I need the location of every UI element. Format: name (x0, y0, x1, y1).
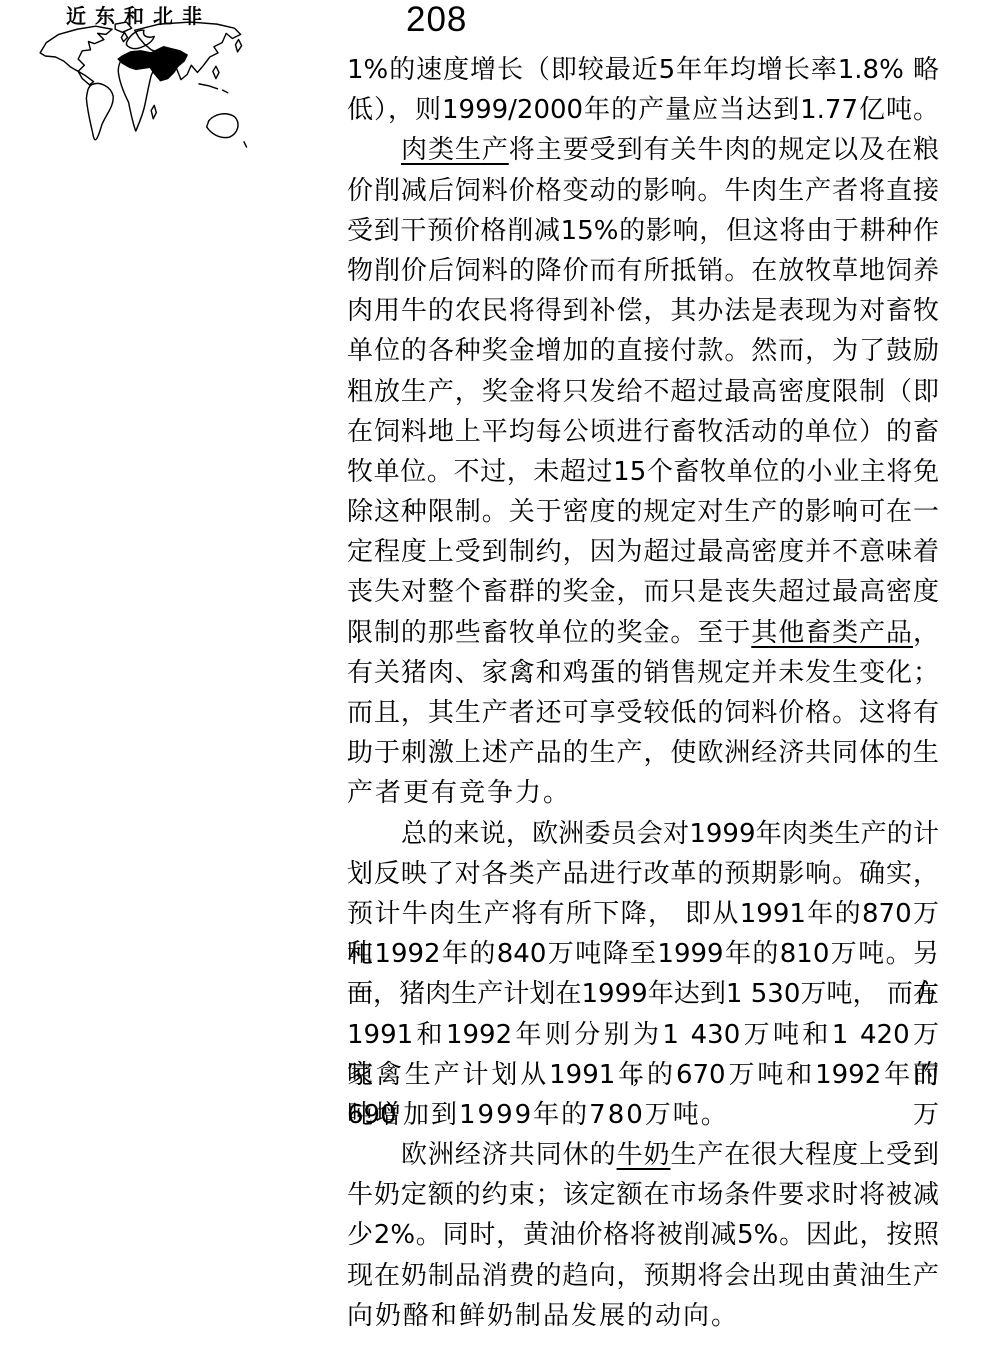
text-segment: 丧失对整个畜群的奖金，而只是丧失超过最高密度 (347, 577, 939, 607)
text-line: 划反映了对各类产品进行改革的预期影响。确实， (347, 854, 939, 894)
text-segment: 粗放生产，奖金将只发给不超过最高密度限制（即 (347, 377, 939, 407)
text-segment: 吨增加到1999年的780万吨。 (347, 1100, 729, 1130)
text-line: 1%的速度增长（即较最近5年年均增长率1.8% 略 (347, 50, 939, 90)
text-segment: 生产在很大程度上受到 (670, 1140, 939, 1170)
text-segment: 单位的各种奖金增加的直接付款。然而，为了鼓励 (347, 336, 939, 366)
text-line: 有关猪肉、家禽和鸡蛋的销售规定并未发生变化； (347, 653, 939, 693)
text-segment: 受到干预价格削减15%的影响，但这将由于耕种作 (347, 216, 939, 246)
text-line: 向奶酪和鲜奶制品发展的动向。 (347, 1296, 939, 1336)
text-segment: 面，猪肉生产计划在1999年达到1 530万吨， 而在 (347, 979, 939, 1009)
text-line: 定程度上受到制约，因为超过最高密度并不意味着 (347, 532, 939, 572)
text-segment: 而且，其生产者还可享受较低的饲料价格。这将有 (347, 698, 939, 728)
text-line: 受到干预价格削减15%的影响，但这将由于耕种作 (347, 211, 939, 251)
text-segment: 定程度上受到制约，因为超过最高密度并不意味着 (347, 537, 939, 567)
text-segment: 少2%。同时，黄油价格将被削减5%。因此，按照 (347, 1220, 939, 1250)
text-line: 助于刺激上述产品的生产，使欧洲经济共同体的生 (347, 733, 939, 773)
text-segment: 有关猪肉、家禽和鸡蛋的销售规定并未发生变化； (347, 658, 939, 688)
text-line: 在饲料地上平均每公顷进行畜牧活动的单位）的畜 (347, 412, 939, 452)
text-segment: 价削减后饲料价格变动的影响。牛肉生产者将直接 (347, 176, 939, 206)
text-line: 面，猪肉生产计划在1999年达到1 530万吨， 而在 (347, 974, 939, 1014)
text-line: 1991和1992年则分别为1 430万吨和1 420万吨；而 (347, 1015, 939, 1055)
text-line: 牧单位。不过，未超过15个畜牧单位的小业主将免 (347, 452, 939, 492)
text-line: 总的来说，欧洲委员会对1999年肉类生产的计 (347, 814, 939, 854)
text-line: 限制的那些畜牧单位的奖金。至于其他畜类产品， (347, 613, 939, 653)
text-line: 牛奶定额的约束；该定额在市场条件要求时将被减 (347, 1175, 939, 1215)
text-line: 欧洲经济共同休的牛奶生产在很大程度上受到 (347, 1135, 939, 1175)
text-segment: 产者更有竞争力。 (347, 778, 571, 808)
underlined-term: 肉类生产 (401, 135, 509, 165)
text-line: 除这种限制。关于密度的规定对生产的影响可在一 (347, 492, 939, 532)
text-line: 产者更有竞争力。 (347, 773, 939, 813)
text-segment: 现在奶制品消费的趋向，预期将会出现由黄油生产 (347, 1261, 939, 1291)
text-segment: 在饲料地上平均每公顷进行畜牧活动的单位）的畜 (347, 417, 939, 447)
text-segment: 牧单位。不过，未超过15个畜牧单位的小业主将免 (347, 457, 939, 487)
text-segment: 向奶酪和鲜奶制品发展的动向。 (347, 1301, 739, 1331)
text-segment: 除这种限制。关于密度的规定对生产的影响可在一 (347, 497, 939, 527)
underlined-term: 牛奶 (617, 1140, 671, 1170)
text-line: 肉类生产将主要受到有关牛肉的规定以及在粮 (347, 130, 939, 170)
page-number: 208 (406, 0, 467, 40)
text-segment: 牛奶定额的约束；该定额在市场条件要求时将被减 (347, 1180, 939, 1210)
text-line: 现在奶制品消费的趋向，预期将会出现由黄油生产 (347, 1256, 939, 1296)
body-text: 1%的速度增长（即较最近5年年均增长率1.8% 略低），则1999/2000年的… (347, 50, 939, 1336)
text-line: 而且，其生产者还可享受较低的饲料价格。这将有 (347, 693, 939, 733)
text-segment: 欧洲经济共同休的 (401, 1140, 617, 1170)
document-page: 近东和北非 (0, 0, 1000, 1352)
text-segment: 肉用牛的农民将得到补偿，其办法是表现为对畜牧 (347, 296, 939, 326)
text-line: 和1992年的840万吨降至1999年的810万吨。另一方 (347, 934, 939, 974)
text-segment: 助于刺激上述产品的生产，使欧洲经济共同体的生 (347, 738, 939, 768)
text-line: 家禽生产计划从1991年的670万吨和1992年的690万 (347, 1055, 939, 1095)
text-line: 丧失对整个畜群的奖金，而只是丧失超过最高密度 (347, 572, 939, 612)
text-line: 单位的各种奖金增加的直接付款。然而，为了鼓励 (347, 331, 939, 371)
text-line: 预计牛肉生产将有所下降， 即从1991年的870万吨 (347, 894, 939, 934)
text-line: 价削减后饲料价格变动的影响。牛肉生产者将直接 (347, 171, 939, 211)
text-segment: 总的来说，欧洲委员会对1999年肉类生产的计 (401, 819, 939, 849)
text-line: 粗放生产，奖金将只发给不超过最高密度限制（即 (347, 372, 939, 412)
text-segment: 划反映了对各类产品进行改革的预期影响。确实， (347, 859, 939, 889)
text-segment: ， (913, 618, 939, 648)
text-line: 肉用牛的农民将得到补偿，其办法是表现为对畜牧 (347, 291, 939, 331)
underlined-term: 其他畜类产品 (751, 618, 913, 648)
text-segment: 低），则1999/2000年的产量应当达到1.77亿吨。 (347, 95, 939, 125)
text-line: 少2%。同时，黄油价格将被削减5%。因此，按照 (347, 1215, 939, 1255)
text-segment: 1%的速度增长（即较最近5年年均增长率1.8% 略 (347, 55, 939, 85)
text-line: 低），则1999/2000年的产量应当达到1.77亿吨。 (347, 90, 939, 130)
text-segment: 物削价后饲料的降价而有所抵销。在放牧草地饲养 (347, 256, 939, 286)
text-segment: 将主要受到有关牛肉的规定以及在粮 (509, 135, 939, 165)
world-map-icon (34, 20, 256, 166)
text-segment: 限制的那些畜牧单位的奖金。至于 (347, 618, 751, 648)
text-line: 物削价后饲料的降价而有所抵销。在放牧草地饲养 (347, 251, 939, 291)
